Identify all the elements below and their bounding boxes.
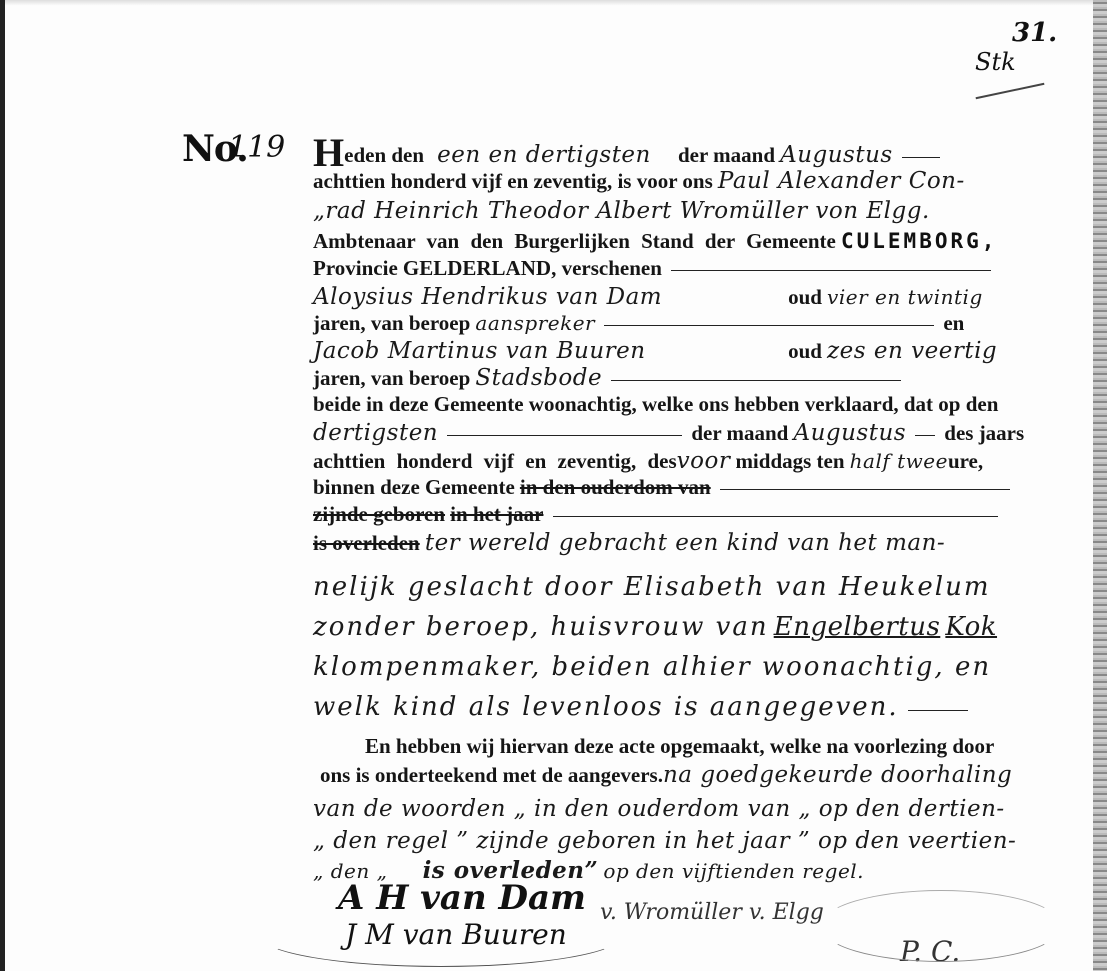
printed-text: en: [943, 311, 964, 335]
page-left-edge: [0, 0, 5, 971]
printed-text: jaren, van beroep: [313, 311, 470, 335]
line-5: Provincie GELDERLAND, verschenen: [313, 256, 1038, 286]
line-12: achttien honderd vijf en zeventig, desvo…: [313, 448, 1038, 478]
municipality-name: CULEMBORG,: [841, 229, 997, 253]
line-16: nelijk geslacht door Elisabeth van Heuke…: [313, 572, 1038, 612]
handwritten-text: klompenmaker, beiden alhier woonachtig, …: [313, 652, 991, 682]
line-8: Jacob Martinus van Buuren oud zes en vee…: [313, 338, 1038, 368]
printed-text: middags ten: [735, 449, 844, 473]
printed-text: der maand: [691, 421, 788, 445]
line-18: klompenmaker, beiden alhier woonachtig, …: [313, 652, 1038, 692]
fill-line: [720, 489, 1010, 490]
province-name: GELDERLAND: [403, 256, 551, 280]
signature-flourish: [260, 905, 622, 967]
printed-text: binnen deze Gemeente: [313, 475, 515, 499]
line-14: zijnde geboren in het jaar: [313, 502, 1038, 532]
struck-text: is overleden: [313, 531, 420, 555]
fill-line: [902, 157, 940, 158]
fill-line: [447, 435, 682, 436]
struck-text: in den ouderdom van: [520, 475, 711, 499]
printed-text: des jaars: [944, 421, 1024, 445]
handwritten-text: ter wereld gebracht een kind van het man…: [425, 530, 945, 556]
line-1: Heden den een en dertigsten der maand Au…: [313, 138, 1038, 168]
line-20: En hebben wij hiervan deze acte opgemaak…: [365, 734, 1090, 764]
handwritten-age-1: vier en twintig: [827, 285, 983, 309]
printed-text: achttien honderd vijf en zeventig, is vo…: [313, 169, 713, 193]
printed-text: eden den: [344, 143, 424, 167]
handwritten-father-given-name: Engelbertus: [774, 612, 941, 642]
fill-line: [611, 380, 901, 381]
register-page: 31. Stk No. 119 Heden den een en dertigs…: [0, 0, 1107, 971]
folio-underline: [976, 83, 1045, 100]
fill-line: [553, 516, 998, 517]
act-number-value: 119: [228, 130, 285, 165]
line-11: dertigsten der maand Augustus des jaars: [313, 420, 1038, 450]
handwritten-birth-month: Augustus: [793, 420, 906, 446]
handwritten-registrar-name: Paul Alexander Con-: [718, 168, 965, 194]
handwritten-father-surname: Kok: [945, 612, 997, 642]
line-22: van de woorden „ in den ouderdom van „ o…: [313, 796, 1038, 826]
printed-text: Ambtenaar van den Burgerlijken Stand der…: [313, 229, 836, 253]
struck-text: zijnde geboren: [313, 502, 445, 526]
line-23: „ den regel ” zijnde geboren in het jaar…: [313, 828, 1038, 858]
handwritten-month: Augustus: [780, 142, 893, 168]
fill-line: [604, 325, 934, 326]
line-15: is overleden ter wereld gebracht een kin…: [313, 530, 1038, 560]
printed-text: Provincie: [313, 256, 398, 280]
handwritten-annotation: na goedgekeurde doorhaling: [663, 762, 1012, 788]
handwritten-mother-name: nelijk geslacht door Elisabeth van Heuke…: [313, 572, 991, 602]
line-19: welk kind als levenloos is aangegeven.: [313, 692, 1038, 732]
fill-line: [671, 270, 991, 271]
printed-text: jaren, van beroep: [313, 366, 470, 390]
line-6: Aloysius Hendrikus van Dam oud vier en t…: [313, 284, 1038, 314]
handwritten-occupation-1: aanspreker: [475, 311, 595, 335]
handwritten-registrar-name-cont: „rad Heinrich Theodor Albert Wromüller v…: [313, 198, 930, 224]
line-7: jaren, van beroep aanspreker en: [313, 311, 1038, 341]
signature-flourish: [820, 890, 1062, 962]
printed-text: oud: [788, 285, 822, 309]
printed-text: achttien honderd vijf en zeventig, des: [313, 449, 677, 473]
line-9: jaren, van beroep Stadsbode: [313, 365, 1038, 395]
line-2: achttien honderd vijf en zeventig, is vo…: [313, 168, 1038, 198]
handwritten-day: een en dertigsten: [437, 142, 651, 168]
handwritten-annotation: van de woorden „ in den ouderdom van „ o…: [313, 796, 1005, 822]
folio-reference: Stk: [975, 48, 1016, 76]
printed-text: der maand: [678, 143, 775, 167]
handwritten-am-pm: voor: [677, 448, 731, 474]
signature-registrar: v. Wromüller v. Elgg: [600, 900, 824, 925]
handwritten-time: half twee: [850, 449, 948, 473]
line-17: zonder beroep, huisvrouw van Engelbertus…: [313, 612, 1038, 652]
fill-line: [915, 435, 935, 436]
line-13: binnen deze Gemeente in den ouderdom van: [313, 475, 1038, 505]
handwritten-occupation-2: Stadsbode: [475, 365, 602, 391]
handwritten-declarant-2: Jacob Martinus van Buuren: [313, 338, 783, 364]
printed-text: oud: [788, 339, 822, 363]
printed-text: ons is onderteekend met de aangevers.: [320, 763, 663, 787]
page-top-edge: [0, 0, 1107, 6]
printed-text: ure,: [948, 449, 983, 473]
line-21: ons is onderteekend met de aangevers.na …: [320, 762, 1045, 792]
handwritten-age-2: zes en veertig: [827, 338, 997, 364]
printed-text: En hebben wij hiervan deze acte opgemaak…: [365, 734, 994, 758]
handwritten-declarant-1: Aloysius Hendrikus van Dam: [313, 284, 783, 310]
handwritten-annotation: op den vijftienden regel.: [603, 859, 864, 883]
book-binding-edge: [1093, 0, 1107, 971]
printed-text: beide in deze Gemeente woonachtig, welke…: [313, 392, 998, 416]
struck-text: in het jaar: [450, 502, 543, 526]
handwritten-text: zonder beroep, huisvrouw van: [313, 612, 769, 642]
handwritten-birth-day: dertigsten: [313, 420, 438, 446]
printed-text: , verschenen: [551, 256, 662, 280]
handwritten-text: welk kind als levenloos is aangegeven.: [313, 692, 899, 722]
folio-page-number: 31.: [1012, 18, 1057, 48]
fill-line: [908, 710, 968, 711]
line-4: Ambtenaar van den Burgerlijken Stand der…: [313, 229, 1038, 259]
handwritten-annotation: „ den regel ” zijnde geboren in het jaar…: [313, 828, 1016, 854]
line-3: „rad Heinrich Theodor Albert Wromüller v…: [313, 198, 1038, 228]
line-10: beide in deze Gemeente woonachtig, welke…: [313, 392, 1038, 422]
